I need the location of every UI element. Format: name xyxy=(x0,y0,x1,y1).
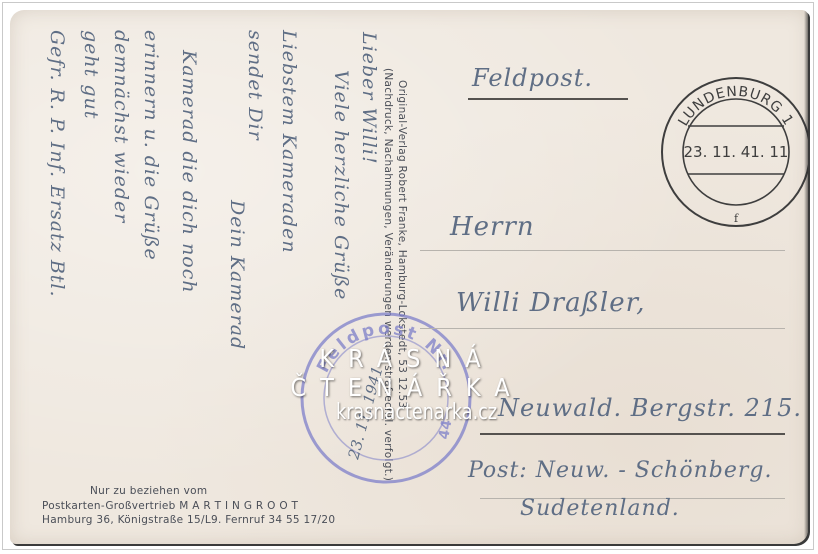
postmark-letter: f xyxy=(734,212,739,225)
message-line-8: demnächst wieder xyxy=(110,30,132,223)
message-line-1: Lieber Willi! xyxy=(358,32,380,165)
service-mark-underline xyxy=(468,98,628,100)
message-line-6: Kamerad die dich noch xyxy=(178,50,200,294)
address-line-2 xyxy=(420,328,785,329)
address-salutation: Herrn xyxy=(450,212,535,242)
address-region: Sudetenland. xyxy=(520,496,680,521)
address-line-1 xyxy=(420,250,785,251)
message-line-7: erinnern u. die Grüße xyxy=(140,30,162,261)
service-mark: Feldpost. xyxy=(472,64,593,92)
watermark-url: krasnactenarka.cz xyxy=(336,400,480,425)
watermark-title: KRÁSNÁ ČTENÁŘKA xyxy=(232,344,582,402)
address-line-3 xyxy=(480,433,785,435)
postmark-date: 23. 11. 41. 11 xyxy=(684,143,789,161)
message-line-5: Dein Kamerad xyxy=(226,200,248,350)
distributor-imprint-line-1: Nur zu beziehen vom xyxy=(90,485,207,497)
postmark-stamp: LUNDENBURG 1 23. 11. 41. 11 f xyxy=(658,74,808,230)
message-line-10: Gefr. R. P. Inf. Ersatz Btl. xyxy=(46,30,68,298)
address-post: Post: Neuw. - Schönberg. xyxy=(468,458,772,483)
message-line-2: Viele herzliche Grüße xyxy=(330,70,352,300)
message-line-3: Liebstem Kameraden xyxy=(278,30,300,254)
postcard: Lieber Willi! Viele herzliche Grüße Lieb… xyxy=(10,10,808,544)
distributor-imprint-line-3: Hamburg 36, Königstraße 15/L9. Fernruf 3… xyxy=(42,514,335,526)
message-line-4: sendet Dir xyxy=(244,30,266,141)
address-name: Willi Draßler, xyxy=(456,288,645,318)
distributor-imprint-line-2: Postkarten-Großvertrieb M A R T I N G R … xyxy=(42,500,298,512)
message-line-9: geht gut xyxy=(80,30,102,119)
